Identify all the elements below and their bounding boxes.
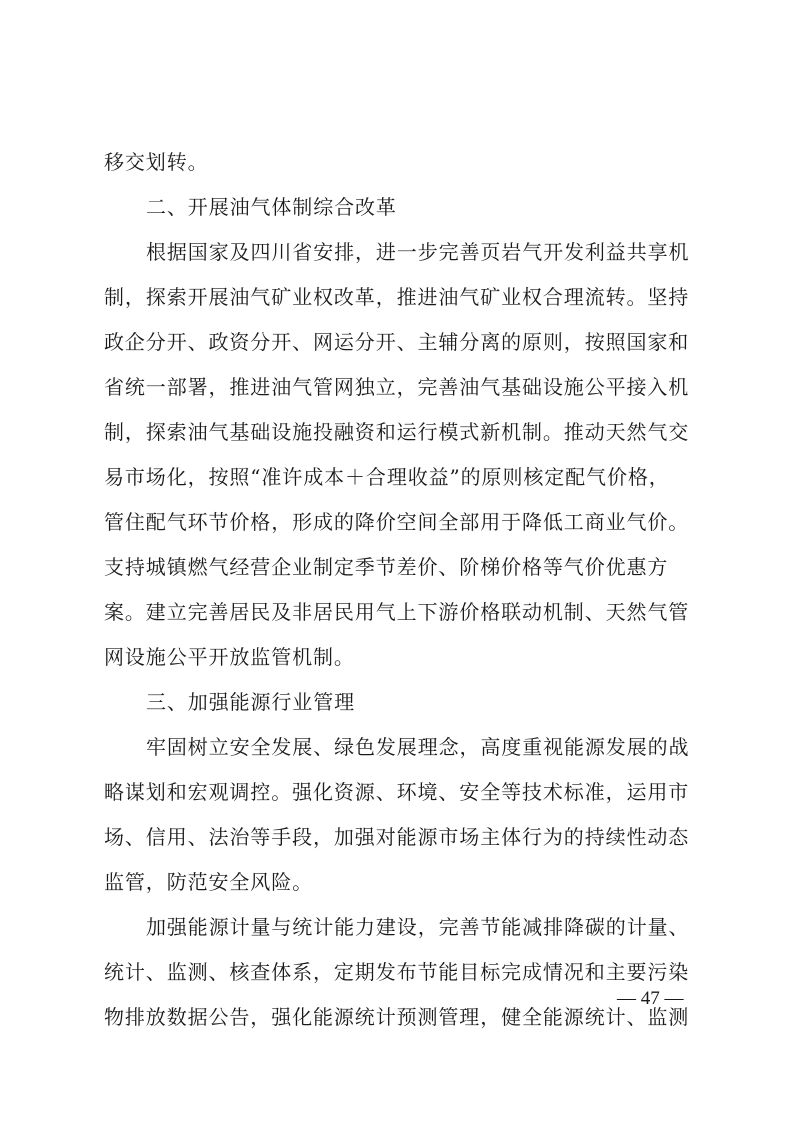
text-line: 制，探索油气基础设施投融资和运行模式新机制。推动天然气交 — [104, 410, 692, 455]
section-heading-2: 二、开展油气体制综合改革 — [104, 185, 692, 230]
paragraph-first-line: 加强能源计量与统计能力建设，完善节能减排降碳的计量、 — [104, 905, 692, 950]
page-number: — 47 — — [617, 988, 684, 1010]
text-line: 易市场化，按照“准许成本＋合理收益”的原则核定配气价格， — [104, 455, 692, 500]
text-line: 网设施公平开放监管机制。 — [104, 635, 692, 680]
text-line: 物排放数据公告，强化能源统计预测管理，健全能源统计、监测 — [104, 995, 692, 1040]
text-line: 监管，防范安全风险。 — [104, 860, 692, 905]
text-line: 制，探索开展油气矿业权改革，推进油气矿业权合理流转。坚持 — [104, 275, 692, 320]
text-line: 略谋划和宏观调控。强化资源、环境、安全等技术标准，运用市 — [104, 770, 692, 815]
text-line: 支持城镇燃气经营企业制定季节差价、阶梯价格等气价优惠方 — [104, 545, 692, 590]
text-line: 案。建立完善居民及非居民用气上下游价格联动机制、天然气管 — [104, 590, 692, 635]
text-line: 场、信用、法治等手段，加强对能源市场主体行为的持续性动态 — [104, 815, 692, 860]
text-line: 移交划转。 — [104, 140, 692, 185]
text-line: 省统一部署，推进油气管网独立，完善油气基础设施公平接入机 — [104, 365, 692, 410]
text-line: 管住配气环节价格，形成的降价空间全部用于降低工商业气价。 — [104, 500, 692, 545]
document-page-body: 移交划转。 二、开展油气体制综合改革 根据国家及四川省安排，进一步完善页岩气开发… — [104, 140, 692, 1040]
section-heading-3: 三、加强能源行业管理 — [104, 680, 692, 725]
paragraph-first-line: 牢固树立安全发展、绿色发展理念，高度重视能源发展的战 — [104, 725, 692, 770]
text-line: 政企分开、政资分开、网运分开、主辅分离的原则，按照国家和 — [104, 320, 692, 365]
text-line: 统计、监测、核查体系，定期发布节能目标完成情况和主要污染 — [104, 950, 692, 995]
paragraph-first-line: 根据国家及四川省安排，进一步完善页岩气开发利益共享机 — [104, 230, 692, 275]
